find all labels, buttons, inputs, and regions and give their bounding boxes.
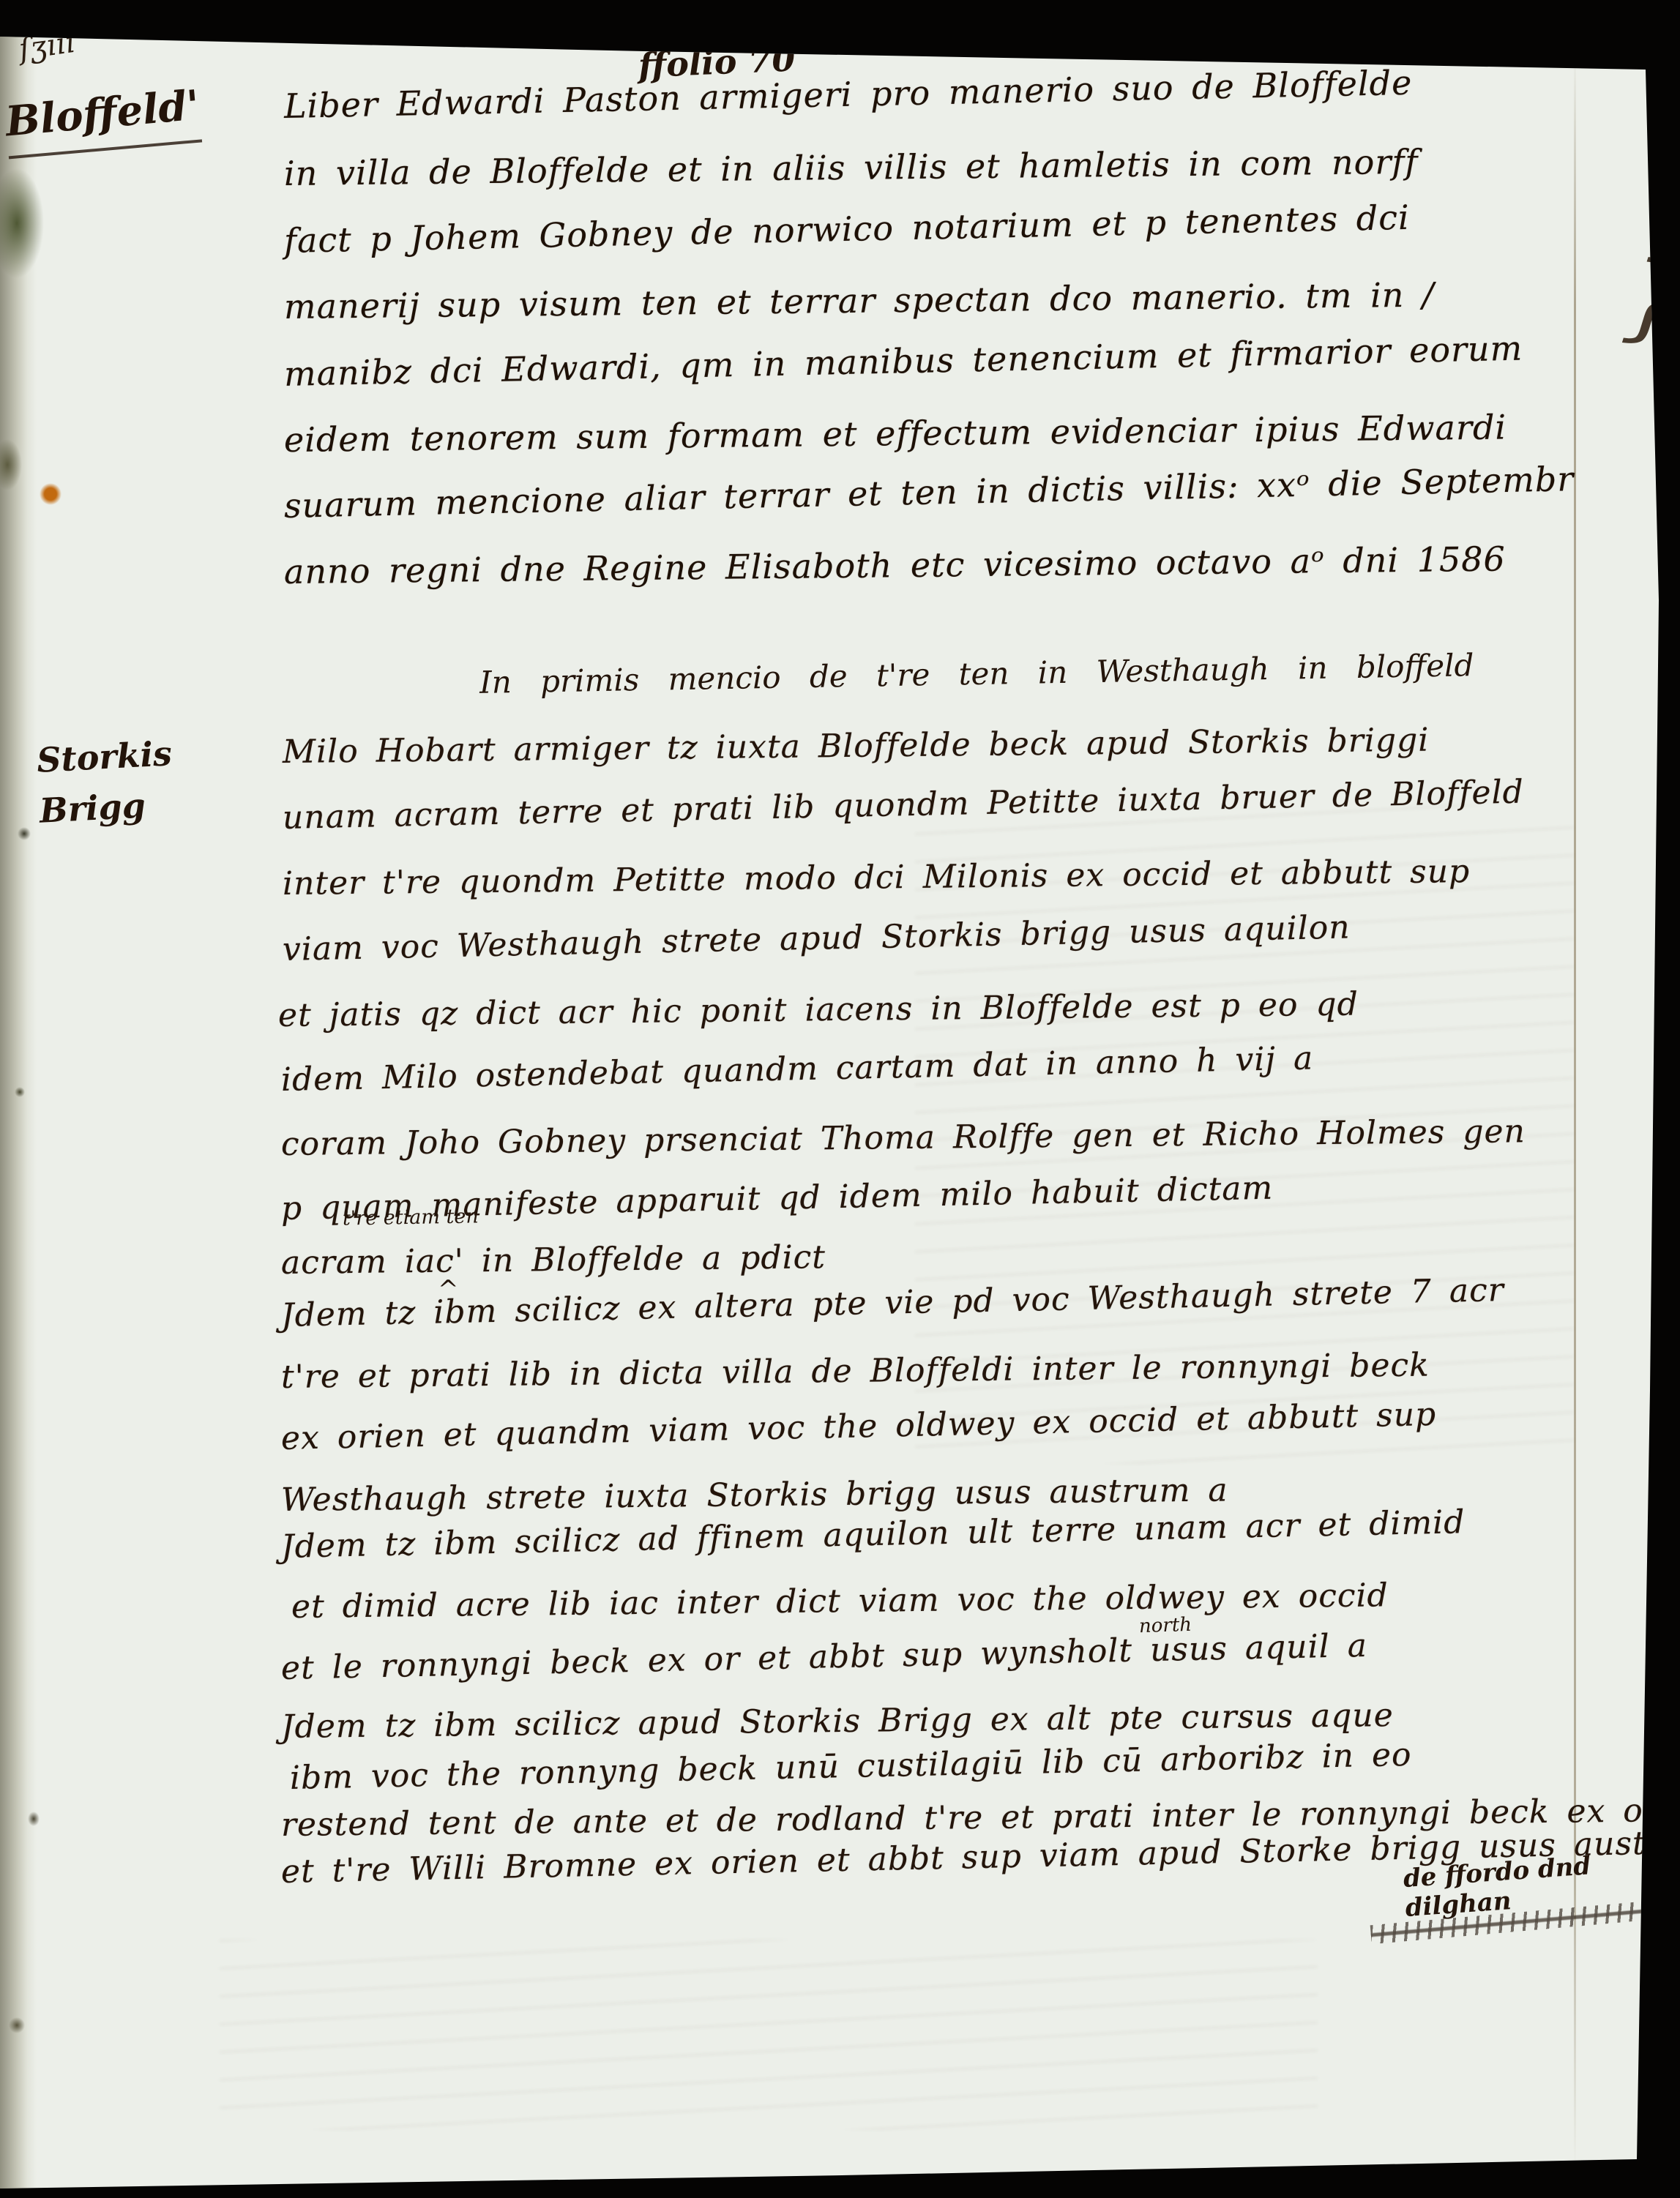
- text-line: eidem tenorem sum formam et effectum evi…: [284, 408, 1507, 460]
- text-line: suarum mencione aliar terrar et ten in d…: [283, 459, 1574, 526]
- text-line: et dimid acre lib iac inter dict viam vo…: [291, 1577, 1389, 1626]
- manuscript-page: ſʒııı ffolio 70 Bloffeld' Storkis Brigg …: [0, 0, 1680, 2198]
- section-heading: In primis mencio de t're ten in Westhaug…: [479, 647, 1474, 700]
- wormhole-dot: [9, 2017, 25, 2033]
- text-line: in villa de Bloffelde et in aliis villis…: [284, 142, 1419, 193]
- binding-stain: [0, 168, 44, 278]
- text-line: ibm voc the ronnyng beck unū custilagiū …: [289, 1736, 1411, 1797]
- superscript-north: north: [1138, 1614, 1192, 1637]
- show-through-stain: [220, 1940, 1318, 2130]
- wormhole-dot: [15, 1087, 25, 1097]
- text-line: Milo Hobart armiger tz iuxta Bloffelde b…: [283, 722, 1430, 771]
- text-line: Jdem tz ibm scilicz apud Storkis Brigg e…: [281, 1697, 1394, 1746]
- text-line: fact p Johem Gobney de norwico notarium …: [283, 198, 1410, 261]
- ink-spot-orange: [40, 483, 61, 505]
- binding-edge: [0, 29, 37, 2188]
- photograph-background: ſʒııı ffolio 70 Bloffeld' Storkis Brigg …: [0, 0, 1680, 2198]
- text-line: acram iac' in Bloffelde a pdict: [281, 1238, 826, 1282]
- text-line: manerij sup visum ten et terrar spectan …: [284, 275, 1435, 326]
- corner-inscription: ſʒııı: [17, 26, 76, 67]
- text-line: anno regni dne Regine Elisaboth etc vice…: [284, 539, 1506, 591]
- text-line: et le ronnyngi beck ex or et abbt sup wy…: [280, 1627, 1367, 1687]
- text-line: Liber Edwardi Paston armigeri pro maneri…: [283, 63, 1412, 126]
- interlinear-insertion: t're etiam ten: [343, 1205, 479, 1230]
- wormhole-dot: [18, 827, 31, 840]
- text-line: manibz dci Edwardi, qm in manibus tenenc…: [283, 329, 1523, 394]
- margin-note-storkis: Storkis Brigg: [36, 728, 176, 836]
- binding-stain: [0, 439, 22, 490]
- storkis-line: Storkis: [36, 728, 173, 786]
- wormhole-dot: [28, 1812, 40, 1826]
- storkis-line: Brigg: [38, 779, 176, 837]
- margin-bracket: }: [1618, 239, 1680, 356]
